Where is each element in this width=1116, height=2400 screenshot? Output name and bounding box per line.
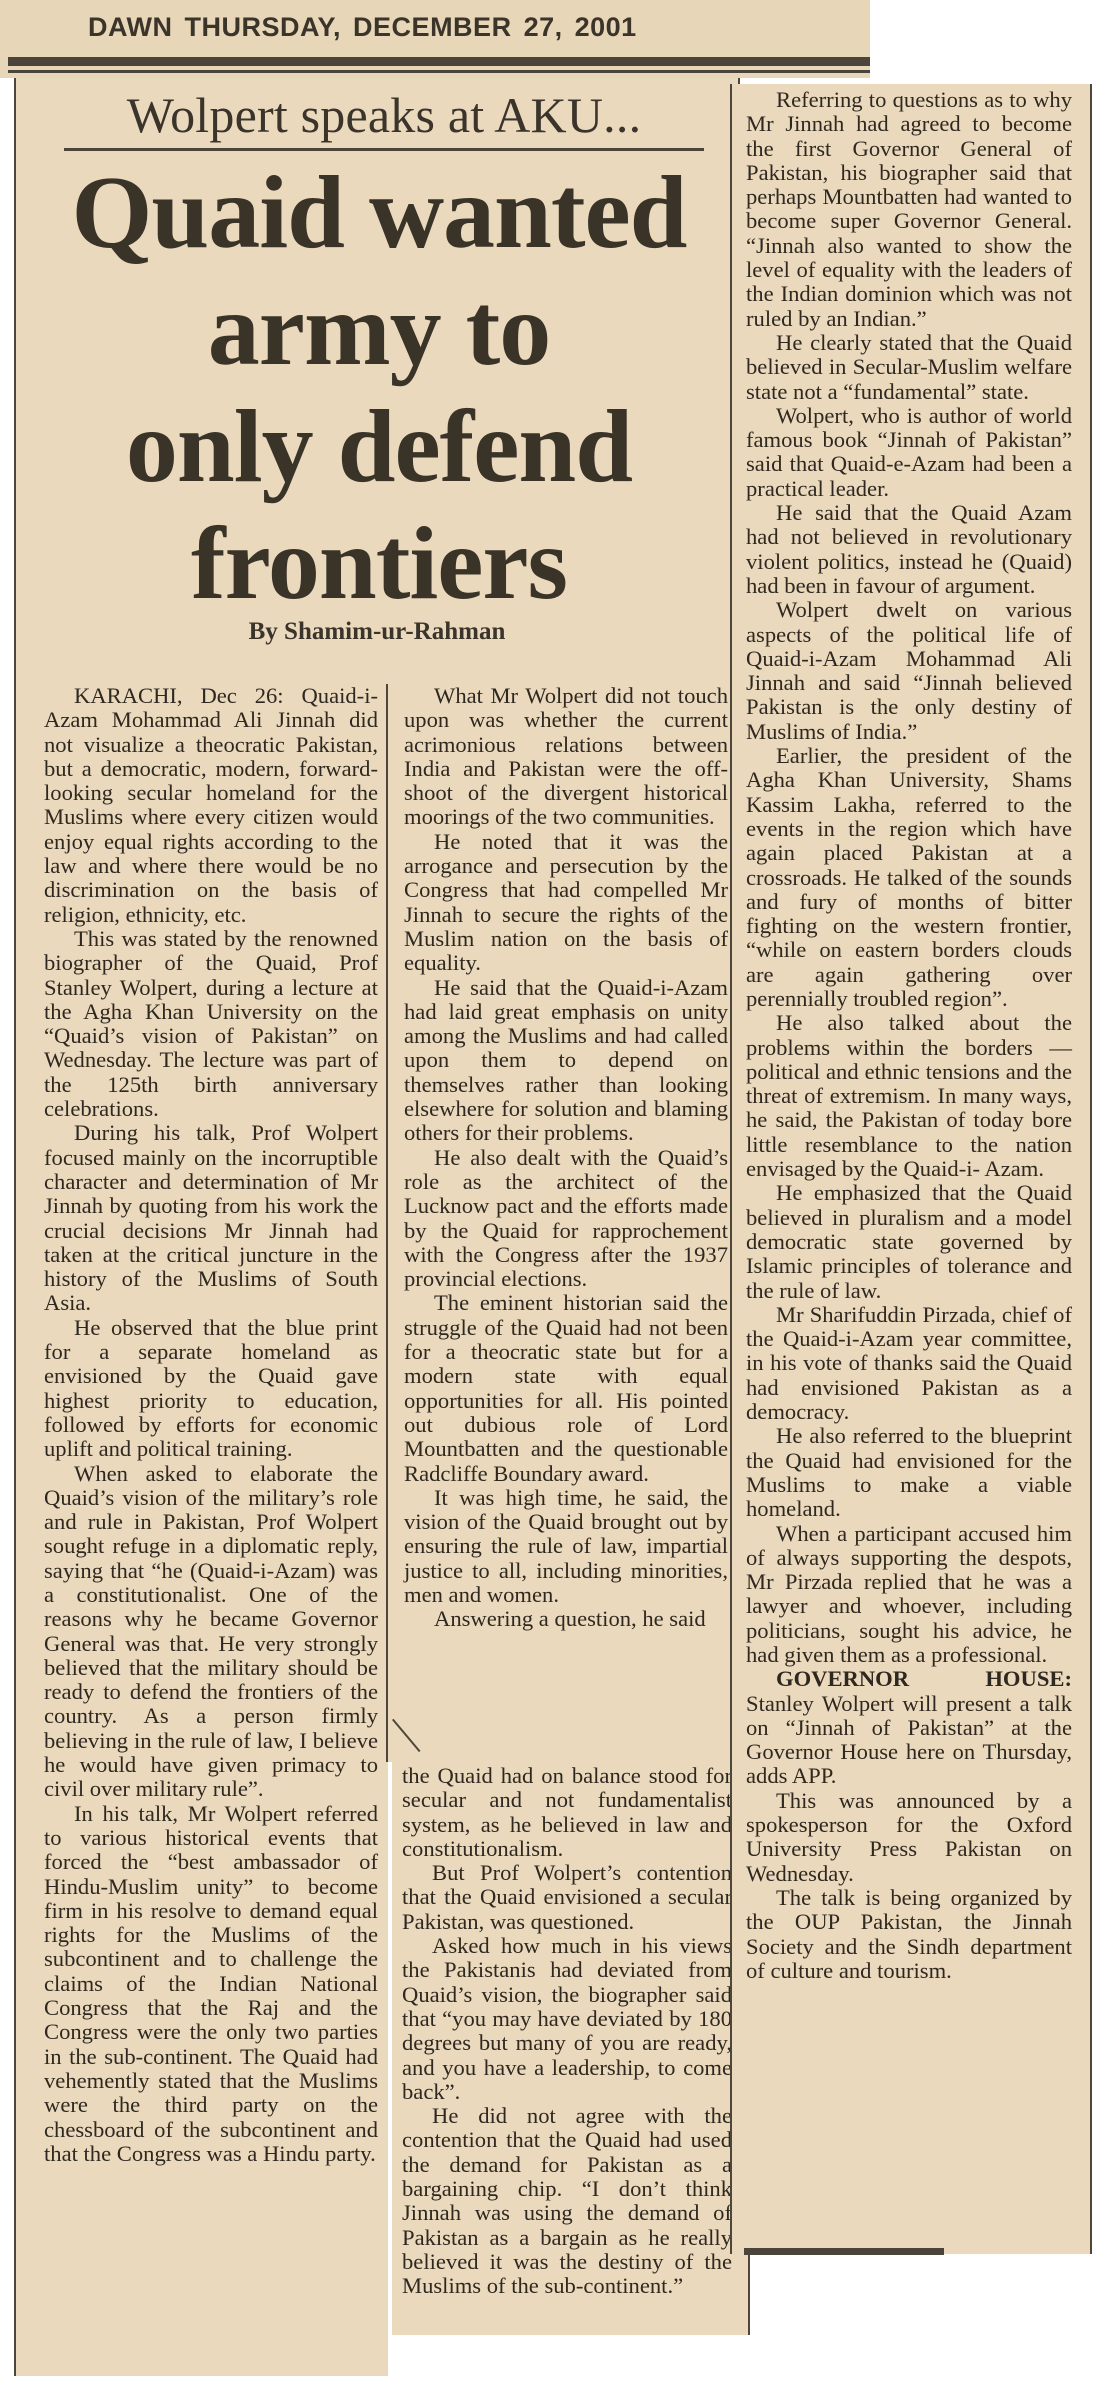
paragraph-text: Stanley Wolpert will present a talk on “…	[746, 1691, 1072, 1789]
column-middle-bottom: the Quaid had on balance stood for secul…	[392, 1760, 750, 2335]
paragraph: He noted that it was the arrogance and p…	[404, 830, 728, 976]
publication-name: DAWN	[88, 12, 173, 42]
masthead-rule-thin	[8, 70, 870, 73]
column-right: Referring to questions as to why Mr Jinn…	[730, 84, 1092, 2254]
headline-box: Wolpert speaks at AKU... Quaid wanted ar…	[14, 78, 740, 684]
paragraph: This was stated by the renowned biograph…	[44, 927, 378, 1121]
headline-line: Quaid wanted	[34, 154, 724, 271]
paragraph: He said that the Quaid-i-Azam had laid g…	[404, 976, 728, 1146]
paragraph: He also dealt with the Quaid’s role as t…	[404, 1146, 728, 1292]
column-text: Referring to questions as to why Mr Jinn…	[746, 88, 1072, 1983]
masthead-rule-thick	[8, 57, 870, 66]
paragraph: He did not agree with the contention tha…	[402, 2104, 732, 2298]
paragraph: During his talk, Prof Wolpert focused ma…	[44, 1121, 378, 1315]
paragraph: The eminent historian said the struggle …	[404, 1291, 728, 1485]
paragraph-governor-house: GOVERNOR HOUSE: Stanley Wolpert will pre…	[746, 1667, 1072, 1788]
paragraph: He said that the Quaid Azam had not beli…	[746, 501, 1072, 598]
column-text: KARACHI, Dec 26: Quaid-i-Azam Mohammad A…	[44, 684, 378, 2166]
paragraph: The talk is being organized by the OUP P…	[746, 1886, 1072, 1983]
paragraph: Wolpert dwelt on various aspects of the …	[746, 598, 1072, 744]
paragraph: Referring to questions as to why Mr Jinn…	[746, 88, 1072, 331]
paragraph: He observed that the blue print for a se…	[44, 1316, 378, 1462]
paragraph: Answering a question, he said	[404, 1607, 728, 1631]
column-left: KARACHI, Dec 26: Quaid-i-Azam Mohammad A…	[14, 684, 388, 2376]
paragraph: In his talk, Mr Wolpert referred to vari…	[44, 1802, 378, 2166]
paragraph: Wolpert, who is author of world famous b…	[746, 404, 1072, 501]
paragraph: the Quaid had on balance stood for secul…	[402, 1764, 732, 1861]
paragraph: He also referred to the blueprint the Qu…	[746, 1424, 1072, 1521]
headline-line: frontiers	[34, 505, 724, 622]
headline: Quaid wanted army to only defend frontie…	[34, 154, 724, 622]
paragraph: Mr Sharifuddin Pirzada, chief of the Qua…	[746, 1303, 1072, 1424]
paragraph: What Mr Wolpert did not touch upon was w…	[404, 684, 728, 830]
paragraph: KARACHI, Dec 26: Quaid-i-Azam Mohammad A…	[44, 684, 378, 927]
paragraph: He also talked about the problems within…	[746, 1011, 1072, 1181]
paragraph: When asked to elaborate the Quaid’s visi…	[44, 1462, 378, 1802]
paragraph: It was high time, he said, the vision of…	[404, 1486, 728, 1607]
paragraph: This was announced by a spokesperson for…	[746, 1789, 1072, 1886]
paragraph: Earlier, the president of the Agha Khan …	[746, 744, 1072, 1011]
paragraph: He emphasized that the Quaid believed in…	[746, 1181, 1072, 1302]
column-text: the Quaid had on balance stood for secul…	[402, 1764, 732, 2299]
dateline-governor-house: GOVERNOR HOUSE:	[776, 1666, 1072, 1691]
paragraph: When a participant accused him of always…	[746, 1522, 1072, 1668]
column-middle-top: What Mr Wolpert did not touch upon was w…	[386, 684, 738, 1762]
headline-line: only defend	[34, 388, 724, 505]
masthead-strip: DAWN THURSDAY, DECEMBER 27, 2001	[0, 0, 870, 78]
publication-date: THURSDAY, DECEMBER 27, 2001	[185, 12, 637, 42]
column-text: What Mr Wolpert did not touch upon was w…	[404, 684, 728, 1632]
byline: By Shamim-ur-Rahman	[16, 618, 738, 646]
end-rule	[744, 2248, 944, 2255]
headline-line: army to	[34, 271, 724, 388]
paragraph: He clearly stated that the Quaid believe…	[746, 331, 1072, 404]
paragraph: Asked how much in his views the Pakistan…	[402, 1934, 732, 2104]
masthead: DAWN THURSDAY, DECEMBER 27, 2001	[88, 12, 637, 43]
paragraph: But Prof Wolpert’s contention that the Q…	[402, 1861, 732, 1934]
kicker: Wolpert speaks at AKU...	[64, 86, 704, 151]
